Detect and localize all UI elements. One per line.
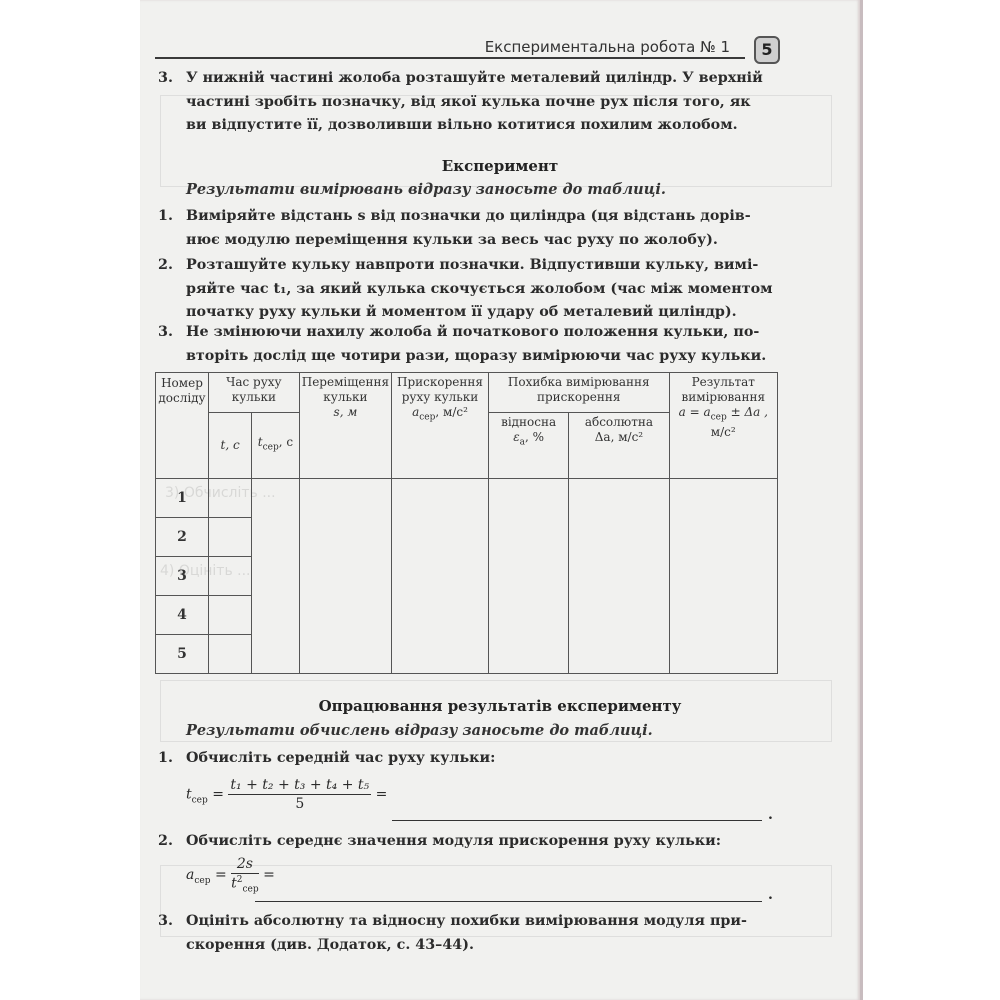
header-rule xyxy=(155,57,745,59)
time-input-cell[interactable] xyxy=(208,596,251,635)
header-displacement: Переміщення кульки s, м xyxy=(299,373,391,479)
acceleration-input-cell[interactable] xyxy=(392,479,489,674)
fraction: 2s t2сер xyxy=(231,856,259,894)
header-time-group: Час руху кульки xyxy=(208,373,299,413)
time-avg-unit: , с xyxy=(279,435,293,449)
fraction-denominator: t2сер xyxy=(231,874,259,894)
header-displacement-unit: s, м xyxy=(334,405,358,419)
header-displacement-label: Переміщення кульки xyxy=(302,375,389,404)
step-line: Оцініть абсолютну та відносну похибки ви… xyxy=(186,913,747,929)
header-time-avg: tсер, с xyxy=(252,413,300,479)
formula-t-lhs-sub: сер xyxy=(192,795,208,805)
average-acceleration-answer-line[interactable] xyxy=(255,901,762,902)
time-input-cell[interactable] xyxy=(208,635,251,674)
trial-number-cell: 2 xyxy=(156,518,209,557)
step-line: ви відпустите її, дозволивши вільно коти… xyxy=(158,114,780,138)
measurement-table: Номер досліду Час руху кульки Переміщенн… xyxy=(155,372,778,674)
period: . xyxy=(768,807,773,823)
period: . xyxy=(768,887,773,903)
fraction: t₁ + t₂ + t₃ + t₄ + t₅ 5 xyxy=(228,777,371,812)
result-input-cell[interactable] xyxy=(669,479,777,674)
time-avg-input-cell[interactable] xyxy=(252,479,300,674)
step-number: 3. xyxy=(158,910,186,934)
processing-step-2: 2.Обчисліть середнє значення модуля прис… xyxy=(158,830,780,854)
error-absolute-unit: Δa, м/с² xyxy=(595,430,643,444)
experiment-note: Результати вимірювань відразу заносьте д… xyxy=(186,181,666,198)
trial-number-cell: 1 xyxy=(156,479,209,518)
step-number: 3. xyxy=(158,321,186,345)
error-absolute-label: абсолютна xyxy=(585,415,653,429)
result-formula: a = a xyxy=(679,405,711,419)
step-line: ряйте час t₁, за який кулька скочується … xyxy=(158,278,780,302)
step-line: Не змінюючи нахилу жолоба й початкового … xyxy=(186,324,759,340)
step-text: Обчисліть середній час руху кульки: xyxy=(186,750,495,766)
step-line: частині зробіть позначку, від якої кульк… xyxy=(158,91,780,115)
header-acceleration-label: Прискорення руху кульки xyxy=(397,375,483,404)
result-formula-tail: ± Δa , xyxy=(727,405,768,419)
processing-heading: Опрацювання результатів експерименту xyxy=(140,697,860,715)
trial-number-cell: 5 xyxy=(156,635,209,674)
error-relative-label: відносна xyxy=(501,415,556,429)
result-formula-subscript: сер xyxy=(711,412,727,422)
page-number-badge: 5 xyxy=(754,36,780,64)
processing-step-1: 1.Обчисліть середній час руху кульки: xyxy=(158,747,780,771)
processing-step-3: 3.Оцініть абсолютну та відносну похибки … xyxy=(158,910,780,957)
step-line: Виміряйте відстань s від позначки до цил… xyxy=(186,208,751,224)
experiment-heading: Експеримент xyxy=(140,157,860,175)
equals-sign: = xyxy=(212,787,224,803)
error-absolute-input-cell[interactable] xyxy=(569,479,669,674)
header-result-label: Результат вимірювання xyxy=(682,375,766,404)
displacement-input-cell[interactable] xyxy=(299,479,391,674)
time-input-cell[interactable] xyxy=(208,479,251,518)
header-error-absolute: абсолютна Δa, м/с² xyxy=(569,413,669,479)
step-text: Обчисліть середнє значення модуля приско… xyxy=(186,833,721,849)
header-trial-number: Номер досліду xyxy=(156,373,209,479)
step-number: 1. xyxy=(158,205,186,229)
acceleration-unit: , м/с² xyxy=(435,405,468,419)
header-error-group: Похибка вимірювання прискорення xyxy=(488,373,669,413)
formula-a-lhs-sub: сер xyxy=(194,876,210,886)
equals-sign: = xyxy=(376,787,388,803)
fraction-numerator: t₁ + t₂ + t₃ + t₄ + t₅ xyxy=(228,777,371,795)
experiment-step-1: 1.Виміряйте відстань s від позначки до ц… xyxy=(158,205,780,252)
step-number: 2. xyxy=(158,830,186,854)
step-number: 1. xyxy=(158,747,186,771)
step-line: нює модулю переміщення кульки за весь ча… xyxy=(158,229,780,253)
processing-note: Результати обчислень відразу заносьте до… xyxy=(186,722,653,739)
header-acceleration: Прискорення руху кульки aсер, м/с² xyxy=(392,373,489,479)
average-time-answer-line[interactable] xyxy=(392,820,762,821)
formula-average-time: tсер = t₁ + t₂ + t₃ + t₄ + t₅ 5 = xyxy=(186,777,387,812)
error-relative-input-cell[interactable] xyxy=(488,479,568,674)
fraction-numerator: 2s xyxy=(231,856,259,874)
time-avg-subscript: сер xyxy=(263,443,279,453)
time-input-cell[interactable] xyxy=(208,518,251,557)
header-result: Результат вимірювання a = aсер ± Δa , м/… xyxy=(669,373,777,479)
table-row: 1 xyxy=(156,479,778,518)
experiment-step-2: 2.Розташуйте кульку навпроти позначки. В… xyxy=(158,254,780,325)
step-number: 3. xyxy=(158,67,186,91)
error-relative-unit: , % xyxy=(525,430,544,444)
preparation-step-3: 3.У нижній частині жолоба розташуйте мет… xyxy=(158,67,780,138)
denominator-subscript: сер xyxy=(243,884,259,894)
result-unit: м/с² xyxy=(711,425,736,439)
trial-number-cell: 3 xyxy=(156,557,209,596)
acceleration-subscript: сер xyxy=(419,412,435,422)
equals-sign: = xyxy=(263,867,275,883)
trial-number-cell: 4 xyxy=(156,596,209,635)
time-input-cell[interactable] xyxy=(208,557,251,596)
experiment-step-3: 3.Не змінюючи нахилу жолоба й початковог… xyxy=(158,321,780,368)
step-line: Розташуйте кульку навпроти позначки. Від… xyxy=(186,257,758,273)
step-number: 2. xyxy=(158,254,186,278)
header-time-t: t, с xyxy=(208,413,251,479)
step-line: У нижній частині жолоба розташуйте метал… xyxy=(186,70,763,86)
fraction-denominator: 5 xyxy=(228,795,371,812)
formula-average-acceleration: aсер = 2s t2сер = xyxy=(186,856,275,894)
header-error-relative: відносна εa, % xyxy=(488,413,568,479)
equals-sign: = xyxy=(215,867,227,883)
step-line: вторіть дослід ще чотири рази, щоразу ви… xyxy=(158,345,780,369)
running-header-title: Експериментальна робота № 1 xyxy=(485,38,730,56)
step-line: скорення (див. Додаток, с. 43–44). xyxy=(158,934,780,958)
